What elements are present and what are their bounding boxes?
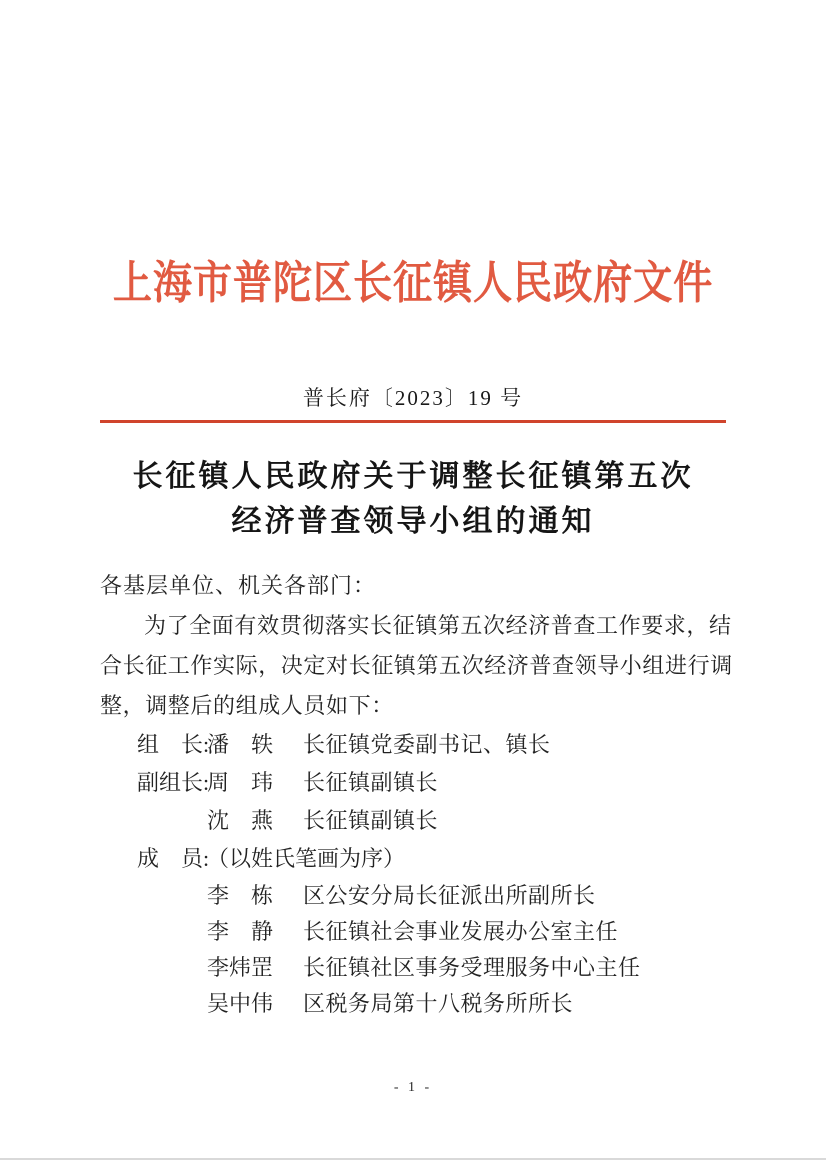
member-row: 李 静 长征镇社会事业发展办公室主任 (100, 914, 740, 950)
roster-title: 长征镇副镇长 (303, 802, 438, 840)
member-title: 区公安分局长征派出所副所长 (303, 878, 596, 914)
roster-row-members-header: 成 员: （以姓氏笔画为序） (100, 840, 740, 878)
red-separator-rule (100, 420, 726, 423)
member-title: 区税务局第十八税务所所长 (303, 986, 573, 1022)
member-name: 吴中伟 (207, 986, 303, 1022)
doc-title: 长征镇人民政府关于调整长征镇第五次 经济普查领导小组的通知 (0, 454, 826, 544)
paragraph-line: 整，调整后的组成人员如下： (100, 686, 740, 726)
member-name: 李 栋 (207, 878, 303, 914)
member-title: 长征镇社区事务受理服务中心主任 (303, 950, 641, 986)
agency-banner-text: 上海市普陀区长征镇人民政府文件 (113, 246, 713, 311)
scan-bottom-edge (0, 1158, 826, 1160)
roster-title: 长征镇副镇长 (303, 764, 438, 802)
roster-label: 组 长: (137, 726, 207, 764)
paragraph-line: 合长征工作实际，决定对长征镇第五次经济普查领导小组进行调 (100, 646, 740, 686)
roster-label: 副组长: (137, 764, 207, 802)
member-name: 李 静 (207, 914, 303, 950)
document-page: 上海市普陀区长征镇人民政府文件 普长府〔2023〕19 号 长征镇人民政府关于调… (0, 0, 826, 1169)
page-number: - 1 - (0, 1080, 826, 1096)
member-name: 李炜罡 (207, 950, 303, 986)
salutation: 各基层单位、机关各部门： (100, 566, 740, 606)
member-row: 吴中伟 区税务局第十八税务所所长 (100, 986, 740, 1022)
roster-row-deputy1: 副组长: 周 玮 长征镇副镇长 (100, 764, 740, 802)
roster-name: 周 玮 (207, 764, 303, 802)
member-title: 长征镇社会事业发展办公室主任 (303, 914, 618, 950)
roster-label: 成 员: (137, 840, 207, 878)
agency-banner: 上海市普陀区长征镇人民政府文件 (0, 246, 826, 311)
doc-body: 各基层单位、机关各部门： 为了全面有效贯彻落实长征镇第五次经济普查工作要求，结 … (100, 566, 740, 1022)
roster-name: （以姓氏笔画为序） (207, 840, 303, 878)
doc-title-line1: 长征镇人民政府关于调整长征镇第五次 (0, 454, 826, 499)
member-row: 李 栋 区公安分局长征派出所副所长 (100, 878, 740, 914)
roster-name: 沈 燕 (207, 802, 303, 840)
roster-title: 长征镇党委副书记、镇长 (303, 726, 551, 764)
roster-row-deputy2: 沈 燕 长征镇副镇长 (100, 802, 740, 840)
doc-title-line2: 经济普查领导小组的通知 (0, 499, 826, 544)
doc-number: 普长府〔2023〕19 号 (0, 382, 826, 412)
roster-row-leader: 组 长: 潘 轶 长征镇党委副书记、镇长 (100, 726, 740, 764)
roster-label (137, 802, 207, 840)
paragraph-line: 为了全面有效贯彻落实长征镇第五次经济普查工作要求，结 (100, 606, 740, 646)
member-row: 李炜罡 长征镇社区事务受理服务中心主任 (100, 950, 740, 986)
roster-name: 潘 轶 (207, 726, 303, 764)
